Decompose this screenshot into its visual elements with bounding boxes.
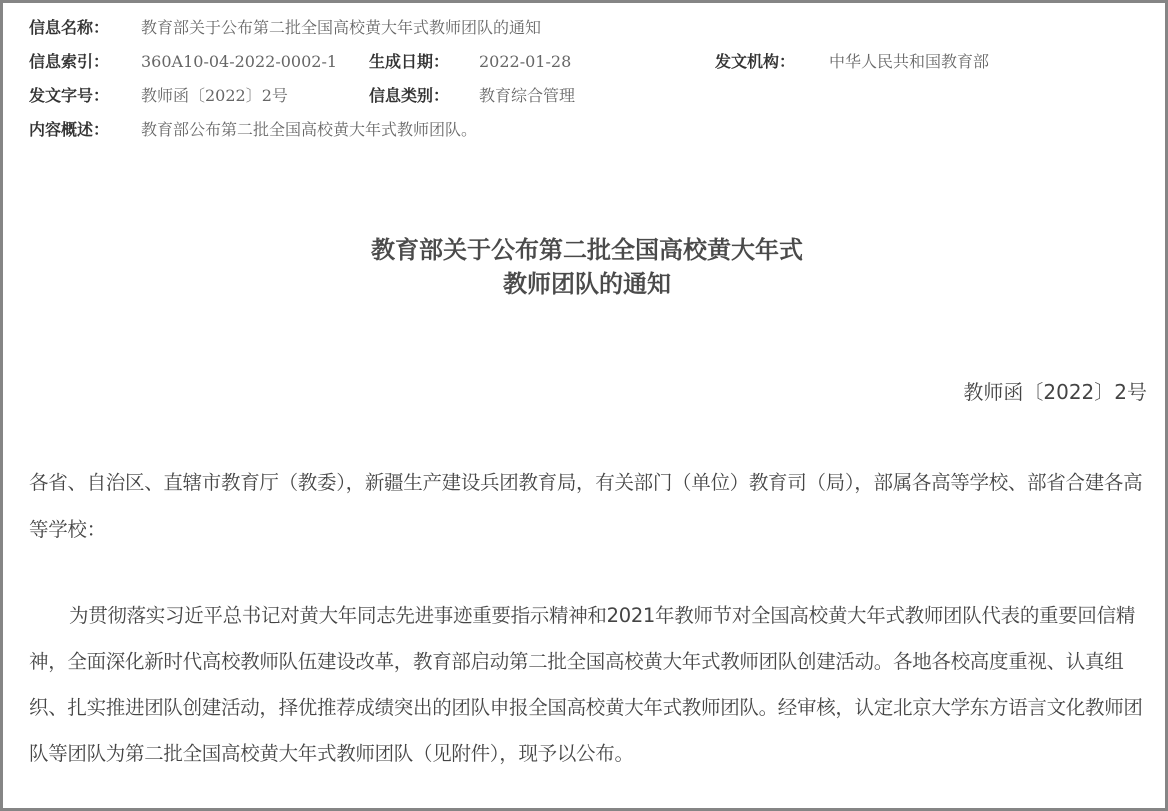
meta-row-docno: 发文字号： 教师函〔2022〕2号 信息类别： 教育综合管理 [29, 79, 1149, 113]
meta-index-value: 360A10-04-2022-0002-1 [141, 45, 337, 79]
meta-row-index: 信息索引： 360A10-04-2022-0002-1 生成日期： 2022-0… [29, 45, 1149, 79]
meta-category-value: 教育综合管理 [479, 79, 575, 113]
meta-index-label: 信息索引： [29, 45, 109, 79]
meta-row-name: 信息名称： 教育部关于公布第二批全国高校黄大年式教师团队的通知 [29, 11, 1149, 45]
meta-summary-value: 教育部公布第二批全国高校黄大年式教师团队。 [141, 113, 477, 147]
meta-issuer-value: 中华人民共和国教育部 [829, 45, 989, 79]
document-title: 教育部关于公布第二批全国高校黄大年式 教师团队的通知 [3, 233, 1168, 301]
meta-date-value: 2022-01-28 [479, 45, 571, 79]
meta-summary-label: 内容概述： [29, 113, 109, 147]
meta-category-label: 信息类别： [369, 79, 449, 113]
metadata-block: 信息名称： 教育部关于公布第二批全国高校黄大年式教师团队的通知 信息索引： 36… [29, 11, 1149, 147]
body-paragraph-1: 为贯彻落实习近平总书记对黄大年同志先进事迹重要指示精神和2021年教师节对全国高… [29, 593, 1147, 777]
addressee-paragraph: 各省、自治区、直辖市教育厅（教委），新疆生产建设兵团教育局，有关部门（单位）教育… [29, 459, 1147, 553]
document-title-line1: 教育部关于公布第二批全国高校黄大年式 [3, 233, 1168, 267]
meta-date-label: 生成日期： [369, 45, 449, 79]
document-title-line2: 教师团队的通知 [3, 267, 1168, 301]
meta-docno-value: 教师函〔2022〕2号 [141, 79, 288, 113]
document-number: 教师函〔2022〕2号 [963, 376, 1147, 408]
meta-name-value: 教育部关于公布第二批全国高校黄大年式教师团队的通知 [141, 11, 541, 45]
meta-issuer-label: 发文机构： [715, 45, 795, 79]
meta-row-summary: 内容概述： 教育部公布第二批全国高校黄大年式教师团队。 [29, 113, 1149, 147]
meta-name-label: 信息名称： [29, 11, 109, 45]
meta-docno-label: 发文字号： [29, 79, 109, 113]
document-frame: 信息名称： 教育部关于公布第二批全国高校黄大年式教师团队的通知 信息索引： 36… [0, 0, 1168, 811]
